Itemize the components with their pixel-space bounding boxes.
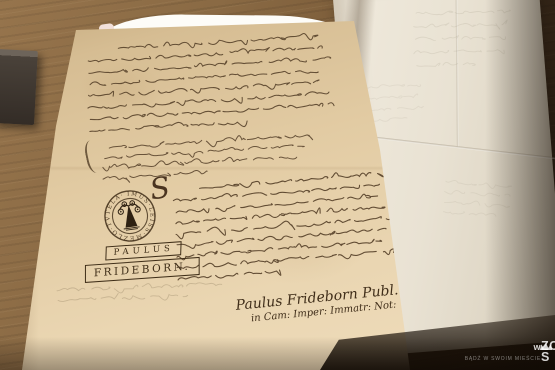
watermark-text: wSZCZECINIE.PL (533, 339, 541, 353)
photo-old-manuscript: S IMUS·LEISS·MEZLO·TVTELA· (0, 0, 555, 370)
watermark-tagline: BĄDŹ W SWOIM MIEŚCIE (465, 356, 541, 362)
banner-line-1: PAULUS (105, 241, 182, 260)
shadow-right (485, 0, 555, 370)
watermark-wszczecinie: wSZCZECINIE.PL BĄDŹ W SWOIM MIEŚCIE (465, 337, 541, 362)
watermark-rest: ZCZECINIE.PL (541, 339, 555, 353)
tree-icon (117, 200, 143, 231)
dark-book (0, 49, 38, 125)
name-banner: PAULUS FRIDEBORN. (83, 234, 200, 283)
